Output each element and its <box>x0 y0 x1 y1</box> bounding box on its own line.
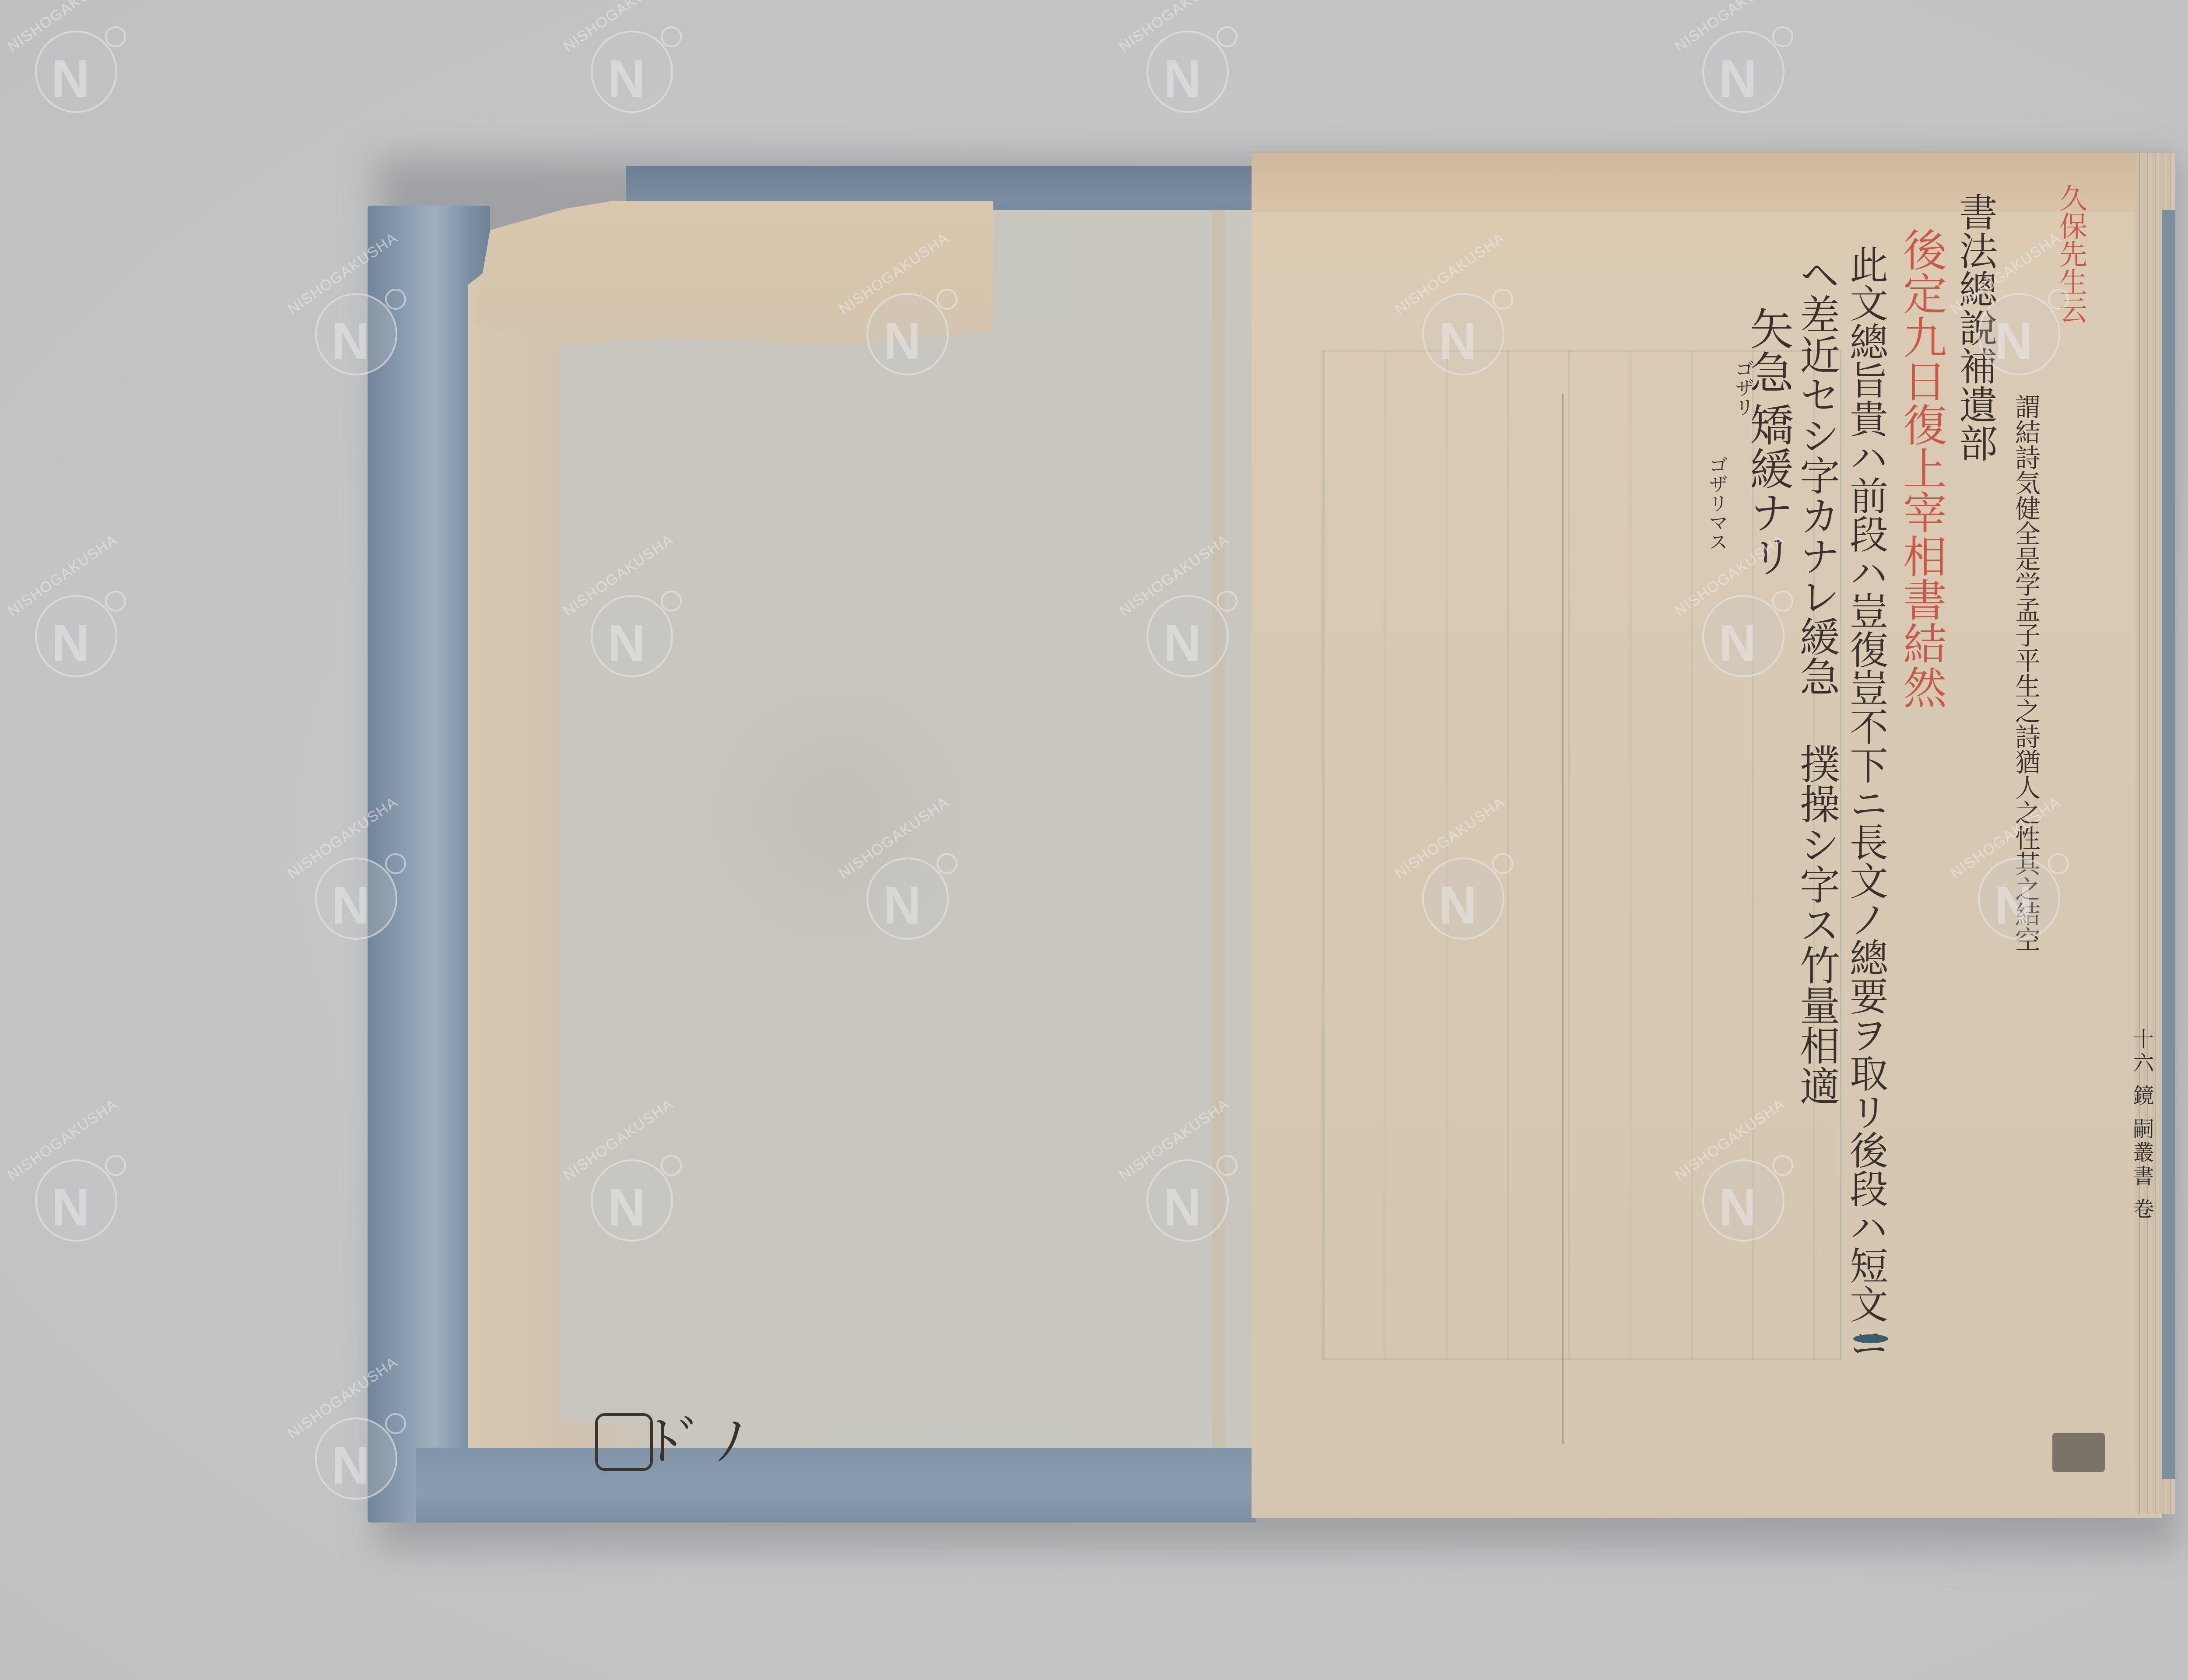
furigana-2: ゴザリマス <box>1707 455 1726 551</box>
cover-gutter <box>1212 210 1225 1457</box>
watermark-logo-icon: NNISHOGAKUSHA <box>1413 280 1514 381</box>
cover-blue-turnover-bottom <box>416 1448 1256 1522</box>
furigana-1: ゴザリ <box>1733 359 1752 416</box>
watermark-logo-icon: NNISHOGAKUSHA <box>306 280 407 381</box>
handwriting-column-4: 後定九日復上宰相書結然 <box>1899 227 1943 709</box>
watermark-logo-icon: NNISHOGAKUSHA <box>26 582 127 682</box>
page-top-stain <box>1252 151 2170 212</box>
watermark-logo-icon: NNISHOGAKUSHA <box>26 1146 127 1247</box>
watermark-logo-icon: NNISHOGAKUSHA <box>1413 844 1514 945</box>
owner-seal <box>595 1413 653 1471</box>
watermark-logo-icon: NNISHOGAKUSHA <box>582 1146 683 1247</box>
watermark-logo-icon: NNISHOGAKUSHA <box>1138 582 1238 682</box>
library-stamp <box>2052 1433 2105 1472</box>
watermark-logo-icon: NNISHOGAKUSHA <box>306 1404 407 1505</box>
paper-crease <box>1562 394 1564 1444</box>
inside-front-cover <box>368 153 1256 1522</box>
watermark-logo-icon: NNISHOGAKUSHA <box>1694 1146 1794 1247</box>
handwriting-column-5: 此文總旨貴ハ前段ハ豈復豈不下ニ長文ノ總要ヲ取リ後段ハ短文ニ <box>1847 245 1885 1361</box>
watermark-logo-icon: NNISHOGAKUSHA <box>306 844 407 945</box>
watermark-logo-icon: NNISHOGAKUSHA <box>582 582 683 682</box>
watermark-logo-icon: NNISHOGAKUSHA <box>858 844 958 945</box>
back-cover-edge <box>2162 210 2175 1479</box>
watermark-logo-icon: NNISHOGAKUSHA <box>858 280 958 381</box>
watermark-logo-icon: NNISHOGAKUSHA <box>1694 17 1794 118</box>
cover-inscription: ﾄﾞﾉ <box>652 1400 757 1475</box>
watermark-logo-icon: NNISHOGAKUSHA <box>26 17 127 118</box>
watermark-logo-icon: NNISHOGAKUSHA <box>582 17 683 118</box>
blue-ink-mark <box>1853 1334 1888 1343</box>
handwriting-column-6: ヘ差近セシ字カナレ緩急 撲操シ字ス竹量相適 <box>1796 254 1837 1106</box>
page-edge-print: 十六 鏡 嗣叢書 卷 <box>2127 1028 2157 1221</box>
watermark-logo-icon: NNISHOGAKUSHA <box>1694 582 1794 682</box>
watermark-logo-icon: NNISHOGAKUSHA <box>1138 1146 1238 1247</box>
watermark-logo-icon: NNISHOGAKUSHA <box>1969 844 2070 945</box>
watermark-logo-icon: NNISHOGAKUSHA <box>1138 17 1238 118</box>
watermark-logo-icon: NNISHOGAKUSHA <box>1969 280 2070 381</box>
